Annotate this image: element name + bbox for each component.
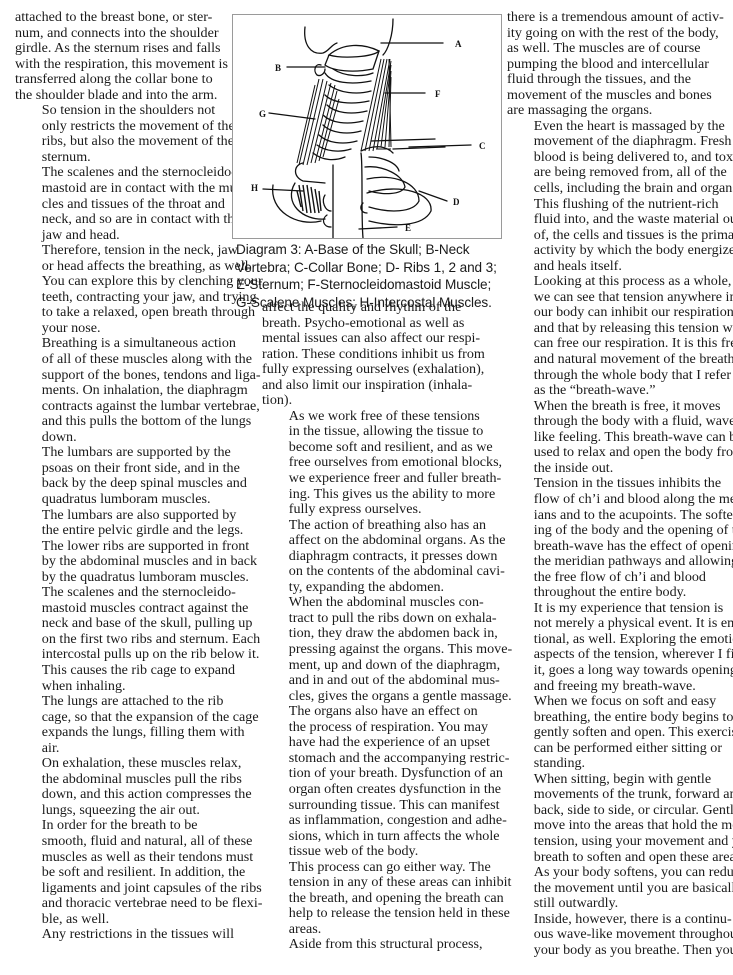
text-line: Tension in the tissues inhibits the <box>507 476 733 492</box>
text-line: through the whole body that I refer to <box>507 368 733 384</box>
text-line: when inhaling. <box>15 679 233 695</box>
text-line: we experience freer and fuller breath- <box>262 471 478 487</box>
text-line: your body as you breathe. Then you <box>507 943 733 959</box>
text-line: as well. The muscles are of course <box>507 41 733 57</box>
text-line: movement of the diaphragm. Fresh <box>507 134 733 150</box>
paragraph: The scalenes and the sternocleido-mastoi… <box>15 585 233 694</box>
text-line: Aside from this structural process, <box>262 937 478 953</box>
text-line: It is my experience that tension is <box>507 601 733 617</box>
text-line: down. <box>15 430 233 446</box>
text-line: transferred along the collar bone to <box>15 72 233 88</box>
leader-e <box>359 227 397 229</box>
text-line: When sitting, begin with gentle <box>507 772 733 788</box>
text-line: quadratus lumboram muscles. <box>15 492 233 508</box>
text-line: expands the lungs, filling them with <box>15 725 233 741</box>
text-line: tion, they draw the abdomen back in, <box>262 626 478 642</box>
text-line: ment, up and down of the diaphragm, <box>262 658 478 674</box>
text-line: ity going on with the rest of the body, <box>507 26 733 42</box>
paragraph: When the abdominal muscles con-tract to … <box>262 595 478 704</box>
anatomy-diagram: A B F G C D H E <box>232 14 502 239</box>
paragraph: This process can go either way. Thetensi… <box>262 860 478 938</box>
text-line: This process can go either way. The <box>262 860 478 876</box>
caption-line: E-Sternum; F-Sternocleidomastoid Muscle; <box>236 276 508 294</box>
text-line: sternum. <box>15 150 233 166</box>
text-line: ligaments and joint capsules of the ribs <box>15 881 233 897</box>
text-line: teeth, contracting your jaw, and trying <box>15 290 233 306</box>
paragraph: The lumbars are also supported bythe ent… <box>15 508 233 586</box>
text-line: and this pulls the bottom of the lungs <box>15 414 233 430</box>
paragraph: Looking at this process as a whole,we ca… <box>507 274 733 398</box>
text-line: fully express ourselves. <box>262 502 478 518</box>
caption-line: Diagram 3: A-Base of the Skull; B-Neck <box>236 241 508 259</box>
text-line: aspects of the tension, wherever I find <box>507 647 733 663</box>
text-line: Inside, however, there is a continu- <box>507 912 733 928</box>
text-line: mastoid are in contact with the mus- <box>15 181 233 197</box>
text-line: neck and base of the skull, pulling up <box>15 616 233 632</box>
text-line: As we work free of these tensions <box>262 409 478 425</box>
text-line: and heals itself. <box>507 259 733 275</box>
text-line: by the quadratus lumboram muscles. <box>15 570 233 586</box>
text-line: ing. This gives us the ability to more <box>262 487 478 503</box>
text-line: ty, expanding the abdomen. <box>262 580 478 596</box>
paragraph: When sitting, begin with gentlemovements… <box>507 772 733 912</box>
paragraph: The lumbars are supported by thepsoas on… <box>15 445 233 507</box>
paragraph: affect the quality and rhythm of thebrea… <box>262 300 478 409</box>
text-line: we can see that tension anywhere in <box>507 290 733 306</box>
text-line: fluid through the tissues, and the <box>507 72 733 88</box>
text-line: affect the quality and rhythm of the <box>262 300 478 316</box>
text-line: move into the areas that hold the most <box>507 818 733 834</box>
text-line: When we focus on soft and easy <box>507 694 733 710</box>
text-line: free ourselves from emotional blocks, <box>262 455 478 471</box>
text-line: as the “breath-wave.” <box>507 383 733 399</box>
text-line: cage, so that the expansion of the cage <box>15 710 233 726</box>
text-line: tract to pull the ribs down on exhala- <box>262 611 478 627</box>
text-line: gently soften and open. This exercise <box>507 725 733 741</box>
paragraph: So tension in the shoulders notonly rest… <box>15 103 233 165</box>
text-line: only restricts the movement of the <box>15 119 233 135</box>
text-line: back, side to side, or circular. Gently <box>507 803 733 819</box>
text-line: fully expressing ourselves (exhalation), <box>262 362 478 378</box>
text-line: mental issues can also affect our respi- <box>262 331 478 347</box>
text-line: on the first two ribs and sternum. Each <box>15 632 233 648</box>
paragraph: The lungs are attached to the ribcage, s… <box>15 694 233 756</box>
text-line: by the abdominal muscles and in back <box>15 554 233 570</box>
text-line: tion). <box>262 393 478 409</box>
text-line: ments. On inhalation, the diaphragm <box>15 383 233 399</box>
text-line: affect on the abdominal organs. As the <box>262 533 478 549</box>
text-line: the meridian pathways and allowing <box>507 554 733 570</box>
text-line: and natural movement of the breath <box>507 352 733 368</box>
text-line: down, and this action compresses the <box>15 787 233 803</box>
text-line: throughout the entire body. <box>507 585 733 601</box>
text-line: the shoulder blade and into the arm. <box>15 88 233 104</box>
label-e: E <box>405 223 411 233</box>
text-line: breath-wave has the effect of opening <box>507 539 733 555</box>
text-line: Even the heart is massaged by the <box>507 119 733 135</box>
text-line: in the tissue, allowing the tissue to <box>262 424 478 440</box>
text-line: on the contents of the abdominal cavi- <box>262 564 478 580</box>
text-line: intercostal pulls up on the rib below it… <box>15 647 233 663</box>
text-line: ration. These conditions inhibit us from <box>262 347 478 363</box>
paragraph: Tension in the tissues inhibits theflow … <box>507 476 733 600</box>
text-line: Breathing is a simultaneous action <box>15 336 233 352</box>
text-line: Therefore, tension in the neck, jaw <box>15 243 233 259</box>
text-line: cells, including the brain and organs. <box>507 181 733 197</box>
neck-ribcage-illustration: A B F G C D H E <box>233 15 501 238</box>
text-line: there is a tremendous amount of activ- <box>507 10 733 26</box>
paragraph: When we focus on soft and easybreathing,… <box>507 694 733 772</box>
text-line: lungs, squeezing the air out. <box>15 803 233 819</box>
text-line: surrounding tissue. This can manifest <box>262 798 478 814</box>
text-line: breath. Psycho-emotional as well as <box>262 316 478 332</box>
text-line: back by the deep spinal muscles and <box>15 476 233 492</box>
text-line: contracts against the lumbar vertebrae, <box>15 399 233 415</box>
paragraph: On exhalation, these muscles relax,the a… <box>15 756 233 818</box>
text-line: like feeling. This breath-wave can be <box>507 430 733 446</box>
text-line: fluid into, and the waste material out <box>507 212 733 228</box>
text-line: mastoid muscles contract against the <box>15 601 233 617</box>
text-line: with the respiration, this movement is <box>15 57 233 73</box>
label-c: C <box>479 141 486 151</box>
text-line: On exhalation, these muscles relax, <box>15 756 233 772</box>
text-line: The action of breathing also has an <box>262 518 478 534</box>
scalene-muscles <box>297 79 339 165</box>
text-line: num, and connects into the shoulder <box>15 26 233 42</box>
paragraph: Any restrictions in the tissues will <box>15 927 233 943</box>
text-line: When the abdominal muscles con- <box>262 595 478 611</box>
text-line: movements of the trunk, forward and <box>507 787 733 803</box>
leader-h <box>263 189 303 191</box>
text-line: The scalenes and the sternocleido- <box>15 585 233 601</box>
text-line: tissue web of the body. <box>262 844 478 860</box>
text-line: to take a relaxed, open breath through <box>15 305 233 321</box>
text-line: jaw and head. <box>15 228 233 244</box>
text-line: diaphragm contracts, it presses down <box>262 549 478 565</box>
text-line: standing. <box>507 756 733 772</box>
text-line: still outwardly. <box>507 896 733 912</box>
text-line: can be performed either sitting or <box>507 741 733 757</box>
text-line: This flushing of the nutrient-rich <box>507 197 733 213</box>
label-a: A <box>455 39 462 49</box>
text-line: have had the experience of an upset <box>262 735 478 751</box>
sternocleidomastoid-muscle <box>361 59 391 151</box>
text-line: the entire pelvic girdle and the legs. <box>15 523 233 539</box>
text-line: girdle. As the sternum rises and falls <box>15 41 233 57</box>
paragraph: The action of breathing also has anaffec… <box>262 518 478 596</box>
paragraph: It is my experience that tension isnot m… <box>507 601 733 694</box>
label-g: G <box>259 109 266 119</box>
paragraph: The scalenes and the sternocleido-mastoi… <box>15 165 233 243</box>
text-line: can free our respiration. It is this fre… <box>507 336 733 352</box>
text-line: pumping the blood and intercellular <box>507 57 733 73</box>
text-line: or head affects the breathing, as well. <box>15 259 233 275</box>
paragraph: attached to the breast bone, or ster-num… <box>15 10 233 103</box>
text-line: and that by releasing this tension we <box>507 321 733 337</box>
text-line: are massaging the organs. <box>507 103 733 119</box>
paragraph: Breathing is a simultaneous actionof all… <box>15 336 233 445</box>
text-line: In order for the breath to be <box>15 818 233 834</box>
text-line: The lumbars are also supported by <box>15 508 233 524</box>
paragraph: Inside, however, there is a continu-ous … <box>507 912 733 959</box>
text-line: areas. <box>262 922 478 938</box>
paragraph: In order for the breath to besmooth, flu… <box>15 818 233 927</box>
text-line: the movement until you are basically <box>507 881 733 897</box>
label-d: D <box>453 197 460 207</box>
text-line: muscles as well as their tendons must <box>15 850 233 866</box>
text-line: The organs also have an effect on <box>262 704 478 720</box>
text-line: are being removed from, all of the <box>507 165 733 181</box>
text-line: the process of respiration. You may <box>262 720 478 736</box>
text-line: and in and out of the abdominal mus- <box>262 673 478 689</box>
text-line: air. <box>15 741 233 757</box>
text-line: ous wave-like movement throughout <box>507 927 733 943</box>
text-line: your nose. <box>15 321 233 337</box>
text-line: and also limit our inspiration (inhala- <box>262 378 478 394</box>
label-f: F <box>435 89 441 99</box>
text-line: So tension in the shoulders not <box>15 103 233 119</box>
paragraph: Therefore, tension in the neck, jawor he… <box>15 243 233 336</box>
text-line: tension, using your movement and your <box>507 834 733 850</box>
text-column-right: there is a tremendous amount of activ-it… <box>507 10 733 958</box>
text-line: attached to the breast bone, or ster- <box>15 10 233 26</box>
intercostal-muscles <box>297 185 321 213</box>
text-line: The lungs are attached to the rib <box>15 694 233 710</box>
text-line: and freeing my breath-wave. <box>507 679 733 695</box>
text-line: as inflammation, congestion and adhe- <box>262 813 478 829</box>
text-line: movement of the muscles and bones <box>507 88 733 104</box>
text-line: the breath, and opening the breath can <box>262 891 478 907</box>
text-column-middle: affect the quality and rhythm of thebrea… <box>262 300 478 953</box>
text-line: become soft and resilient, and as we <box>262 440 478 456</box>
text-line: ing of the body and the opening of the <box>507 523 733 539</box>
text-line: This causes the rib cage to expand <box>15 663 233 679</box>
text-line: stomach and the accompanying restric- <box>262 751 478 767</box>
paragraph: there is a tremendous amount of activ-it… <box>507 10 733 119</box>
paragraph: This flushing of the nutrient-richfluid … <box>507 197 733 275</box>
text-line: ble, as well. <box>15 912 233 928</box>
text-line: Looking at this process as a whole, <box>507 274 733 290</box>
text-line: When the breath is free, it moves <box>507 399 733 415</box>
text-line: You can explore this by clenching your <box>15 274 233 290</box>
text-line: organ often creates dysfunction in the <box>262 782 478 798</box>
paragraph: The organs also have an effect onthe pro… <box>262 704 478 859</box>
text-line: not merely a physical event. It is emo- <box>507 616 733 632</box>
text-line: psoas on their front side, and in the <box>15 461 233 477</box>
text-line: The lumbars are supported by the <box>15 445 233 461</box>
text-line: used to relax and open the body from <box>507 445 733 461</box>
text-line: The scalenes and the sternocleido- <box>15 165 233 181</box>
text-line: of all of these muscles along with the <box>15 352 233 368</box>
text-column-left: attached to the breast bone, or ster-num… <box>15 10 233 943</box>
skull-base-line <box>305 27 337 53</box>
text-line: ians and to the acupoints. The soften- <box>507 508 733 524</box>
text-line: As your body softens, you can reduce <box>507 865 733 881</box>
text-line: tional, as well. Exploring the emotional <box>507 632 733 648</box>
text-line: of, the cells and tissues is the primary <box>507 228 733 244</box>
text-line: support of the bones, tendons and liga- <box>15 368 233 384</box>
text-line: help to release the tension held in thes… <box>262 906 478 922</box>
text-line: cles and tissues of the throat and <box>15 197 233 213</box>
text-line: breath to soften and open these areas. <box>507 850 733 866</box>
text-line: tension in any of these areas can inhibi… <box>262 875 478 891</box>
paragraph: Even the heart is massaged by themovemen… <box>507 119 733 197</box>
text-line: the inside out. <box>507 461 733 477</box>
text-line: ribs, but also the movement of the <box>15 134 233 150</box>
paragraph: As we work free of these tensionsin the … <box>262 409 478 518</box>
text-line: through the body with a fluid, wave- <box>507 414 733 430</box>
caption-line: Vertebra; C-Collar Bone; D- Ribs 1, 2 an… <box>236 259 508 277</box>
label-h: H <box>251 183 258 193</box>
text-line: the abdominal muscles pull the ribs <box>15 772 233 788</box>
text-line: it, goes a long way towards opening <box>507 663 733 679</box>
text-line: flow of ch’i and blood along the merid- <box>507 492 733 508</box>
text-line: the free flow of ch’i and blood <box>507 570 733 586</box>
text-line: and thoracic vertebrae need to be flexi- <box>15 896 233 912</box>
text-line: neck, and so are in contact with the <box>15 212 233 228</box>
text-line: breathing, the entire body begins to <box>507 710 733 726</box>
text-line: tion of your breath. Dysfunction of an <box>262 766 478 782</box>
paragraph: When the breath is free, it movesthrough… <box>507 399 733 477</box>
text-line: blood is being delivered to, and toxins <box>507 150 733 166</box>
label-b: B <box>275 63 281 73</box>
text-line: pressing against the organs. This move- <box>262 642 478 658</box>
text-line: Any restrictions in the tissues will <box>15 927 233 943</box>
text-line: sions, which in turn affects the whole <box>262 829 478 845</box>
text-line: be soft and resilient. In addition, the <box>15 865 233 881</box>
text-line: activity by which the body energizes <box>507 243 733 259</box>
text-line: our body can inhibit our respiration, <box>507 305 733 321</box>
text-line: smooth, fluid and natural, all of these <box>15 834 233 850</box>
text-line: The lower ribs are supported in front <box>15 539 233 555</box>
text-line: cles, gives the organs a gentle massage. <box>262 689 478 705</box>
paragraph: Aside from this structural process, <box>262 937 478 953</box>
